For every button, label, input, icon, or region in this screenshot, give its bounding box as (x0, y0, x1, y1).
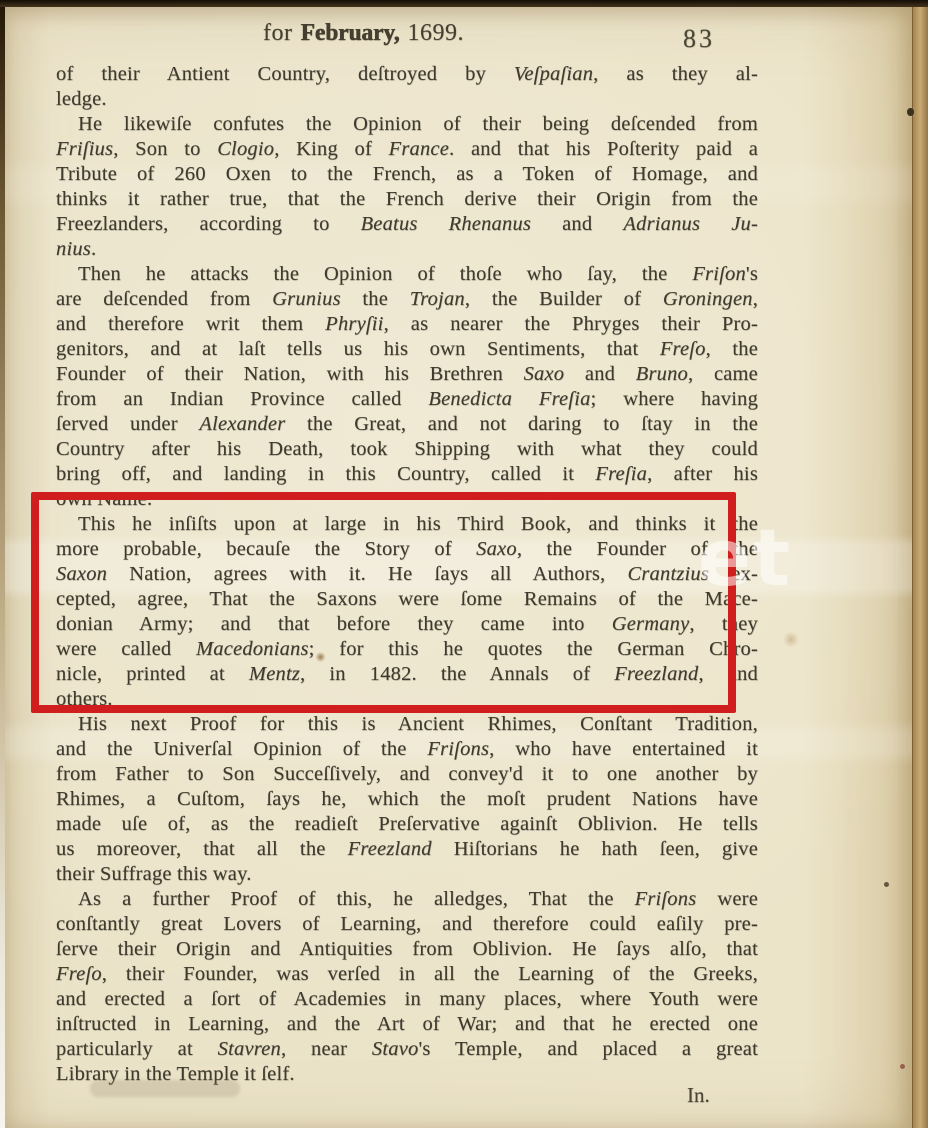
running-header: for February, 1699. (263, 20, 464, 47)
text-line: own Name. (56, 487, 758, 512)
text-line: ſerved under Alexander the Great, and no… (56, 412, 758, 437)
paragraph: His next Proof for this is Ancient Rhime… (56, 712, 758, 887)
text-line: cepted, agree, That the Saxons were ſome… (56, 587, 758, 612)
paragraph: As a further Proof of this, he alledges,… (56, 887, 758, 1087)
ink-smudge (90, 1080, 240, 1097)
text-line: and the Univerſal Opinion of the Friſons… (56, 737, 758, 762)
text-line: us moreover, that all the Freezland Hiſt… (56, 837, 758, 862)
text-line: inſtructed in Learning, and the Art of W… (56, 1012, 758, 1037)
catchword: In. (687, 1083, 710, 1108)
book-page-block-edge (912, 7, 928, 1128)
text-line: He likewiſe confutes the Opinion of thei… (56, 112, 758, 137)
text-line: are deſcended from Grunius the Trojan, t… (56, 287, 758, 312)
text-line: their Suffrage this way. (56, 862, 758, 887)
text-line: Founder of their Nation, with his Brethr… (56, 362, 758, 387)
text-line: particularly at Stavren, near Stavo's Te… (56, 1037, 758, 1062)
text-line: Friſius, Son to Clogio, King of France. … (56, 137, 758, 162)
text-line: ſerve their Origin and Antiquities from … (56, 937, 758, 962)
header-month: February, (301, 20, 400, 47)
scan-edge-left (0, 7, 5, 1128)
header-prefix: for (263, 20, 292, 46)
text-line: from an Indian Province called Benedicta… (56, 387, 758, 412)
text-line: others. (56, 687, 758, 712)
text-line: His next Proof for this is Ancient Rhime… (56, 712, 758, 737)
text-line: thinks it rather true, that the French d… (56, 187, 758, 212)
paragraph: He likewiſe confutes the Opinion of thei… (56, 112, 758, 262)
ink-stain-spot (315, 652, 326, 662)
page-number: 83 (683, 24, 715, 54)
text-line: Freezlanders, according to Beatus Rhenan… (56, 212, 758, 237)
paragraph: of their Antient Country, deſtroyed by V… (56, 62, 758, 112)
text-line: bring off, and landing in this Country, … (56, 462, 758, 487)
text-column: of their Antient Country, deſtroyed by V… (56, 62, 758, 1087)
text-line: of their Antient Country, deſtroyed by V… (56, 62, 758, 87)
text-line: more probable, becauſe the Story of Saxo… (56, 537, 758, 562)
text-line: nius. (56, 237, 758, 262)
text-line: This he inſiſts upon at large in his Thi… (56, 512, 758, 537)
paragraph-highlighted: This he inſiſts upon at large in his Thi… (56, 512, 758, 712)
text-line: Country after his Death, took Shipping w… (56, 437, 758, 462)
paper-blotch (782, 632, 800, 647)
text-line: Saxon Nation, agrees with it. He ſays al… (56, 562, 758, 587)
text-line: genitors, and at laſt tells us his own S… (56, 337, 758, 362)
text-line: Then he attacks the Opinion of thoſe who… (56, 262, 758, 287)
text-line: Rhimes, a Cuſtom, ſays he, which the moſ… (56, 787, 758, 812)
text-line: nicle, printed at Mentz, in 1482. the An… (56, 662, 758, 687)
text-line: and erected a ſort of Academies in many … (56, 987, 758, 1012)
text-line: made uſe of, as the readieſt Preſervativ… (56, 812, 758, 837)
text-line: ledge. (56, 87, 758, 112)
text-line: Freſo, their Founder, was verſed in all … (56, 962, 758, 987)
text-line: Tribute of 260 Oxen to the French, as a … (56, 162, 758, 187)
scan-edge-top (0, 0, 928, 7)
dark-speck (907, 108, 914, 116)
text-line: donian Army; and that before they came i… (56, 612, 758, 637)
red-speck (900, 1064, 905, 1069)
paragraph: Then he attacks the Opinion of thoſe who… (56, 262, 758, 512)
text-line: and therefore writ them Phryſii, as near… (56, 312, 758, 337)
header-year: 1699. (407, 20, 464, 46)
text-line: from Father to Son Succeſſively, and con… (56, 762, 758, 787)
scan-edge-bottom (0, 1128, 928, 1140)
dark-speck (884, 882, 889, 887)
text-line: were called Macedonians; for this he quo… (56, 637, 758, 662)
scanned-book-page: for February, 1699. 83 of their Antient … (0, 0, 928, 1140)
text-line: conſtantly great Lovers of Learning, and… (56, 912, 758, 937)
text-line: As a further Proof of this, he alledges,… (56, 887, 758, 912)
